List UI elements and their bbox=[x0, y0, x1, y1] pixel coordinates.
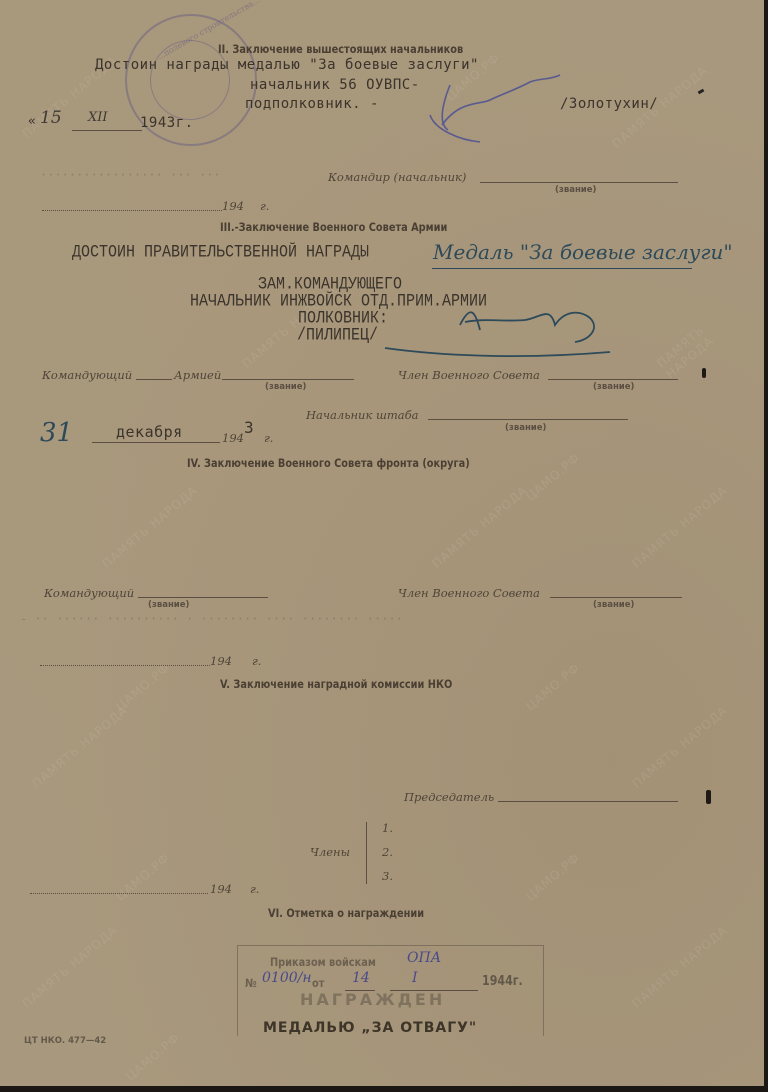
blank-date-line bbox=[30, 893, 208, 894]
stamp-award-text: МЕДАЛЬЮ „ЗА ОТВАГУ" bbox=[263, 1020, 477, 1036]
watermark: ПАМЯТЬ НАРОДА bbox=[630, 923, 731, 1011]
signature-section-3 bbox=[375, 300, 635, 370]
council-member-line bbox=[548, 379, 678, 380]
members-label: Члены bbox=[310, 845, 350, 859]
section-3-signer-name: /ПИЛИПЕЦ/ bbox=[297, 326, 378, 346]
chief-of-staff-line bbox=[428, 419, 628, 420]
commander-line bbox=[136, 379, 172, 380]
section-2-date-quote-open: « bbox=[28, 114, 36, 129]
section-3-typed-award-prefix: ДОСТОИН ПРАВИТЕЛЬСТВЕННОЙ НАГРАДЫ bbox=[72, 243, 369, 263]
section-3-handwritten-award: Медаль "За боевые заслуги" bbox=[433, 240, 733, 264]
form-code: ЦТ НКО. 477—42 bbox=[24, 1036, 106, 1046]
rank-caption: (звание) bbox=[555, 185, 596, 195]
faded-bleedthrough-text: ················· ··· ··· bbox=[40, 168, 221, 182]
watermark: ПАМЯТЬ НАРОДА bbox=[30, 703, 131, 791]
blank-date-suffix: г. bbox=[260, 199, 269, 213]
watermark: ПАМЯТЬ НАРОДА bbox=[630, 703, 731, 791]
stamp-number-prefix: № bbox=[245, 976, 257, 990]
section-5-title: V. Заключение наградной комиссии НКО bbox=[220, 677, 452, 691]
rank-caption: (звание) bbox=[593, 382, 634, 392]
member-number: 3. bbox=[382, 869, 393, 883]
section-4-title: IV. Заключение Военного Совета фронта (о… bbox=[187, 456, 470, 470]
rank-caption: (звание) bbox=[148, 600, 189, 610]
section-3-date-year-prefix: 194 bbox=[222, 431, 244, 445]
stamp-awarded: НАГРАЖДЕН bbox=[300, 990, 445, 1009]
rank-caption: (звание) bbox=[265, 382, 306, 392]
council-member-line bbox=[550, 597, 682, 598]
watermark: ПАМЯТЬ НАРОДА bbox=[630, 483, 731, 571]
commander-label: Командующий bbox=[42, 368, 132, 382]
section-2-date-month: XII bbox=[88, 110, 108, 125]
blank-date-line bbox=[40, 665, 210, 666]
watermark: ЦАМО.РФ bbox=[523, 851, 582, 904]
stamp-year: 1944г. bbox=[482, 974, 523, 989]
watermark: ПАМЯТЬ НАРОДА bbox=[430, 483, 531, 571]
chairman-label: Председатель bbox=[404, 790, 494, 804]
stamp-order-org: ОПА bbox=[407, 950, 441, 966]
faded-bleedthrough-text: - ·· ······ ·········· · ········ ···· ·… bbox=[20, 612, 403, 626]
rank-caption: (звание) bbox=[505, 423, 546, 433]
blank-date-suffix: г. bbox=[252, 654, 261, 668]
section-2-title: II. Заключение вышестоящих начальников bbox=[218, 42, 463, 56]
watermark: ЦАМО.РФ bbox=[523, 451, 582, 504]
section-2-typed-position: начальник 56 ОУВПС- bbox=[250, 77, 420, 93]
section-3-title: III.-Заключение Военного Совета Армии bbox=[220, 220, 447, 234]
member-number: 2. bbox=[382, 845, 393, 859]
members-bracket bbox=[366, 822, 367, 884]
watermark: ЦАМО.РФ bbox=[123, 1031, 182, 1084]
council-member-label: Член Военного Совета bbox=[398, 368, 540, 382]
blank-date-year: 194 bbox=[210, 654, 232, 668]
commander-rank-line bbox=[138, 597, 268, 598]
section-2-date-year: 1943г. bbox=[140, 115, 194, 131]
stamp-day: 14 bbox=[352, 970, 370, 986]
blank-date-suffix: г. bbox=[250, 882, 259, 896]
date-underline bbox=[72, 130, 142, 131]
watermark: ЦАМО.РФ bbox=[113, 851, 172, 904]
chief-of-staff-label: Начальник штаба bbox=[306, 408, 419, 422]
rank-caption: (звание) bbox=[593, 600, 634, 610]
handwritten-award-underline bbox=[432, 268, 692, 269]
watermark: ПАМЯТЬ НАРОДА bbox=[100, 483, 201, 571]
section-2-date-day: 15 bbox=[40, 108, 62, 128]
section-3-date-month: декабря bbox=[116, 423, 183, 441]
stamp-from: от bbox=[312, 976, 324, 990]
section-6-title: VI. Отметка о награждении bbox=[268, 906, 424, 920]
commander-label: Командующий bbox=[44, 586, 134, 600]
signature-section-2 bbox=[420, 70, 590, 150]
ink-mark bbox=[698, 89, 705, 95]
section-3-date-suffix: г. bbox=[264, 431, 273, 445]
watermark: ПАМЯТЬ НАРОДА bbox=[20, 923, 121, 1011]
stamp-month: I bbox=[412, 970, 418, 986]
chairman-line bbox=[498, 801, 678, 802]
date-line bbox=[92, 442, 220, 443]
stamp-order-number: 0100/н bbox=[262, 970, 312, 986]
section-3-date-year-digit: 3 bbox=[244, 418, 254, 437]
punch-hole-mark bbox=[702, 368, 706, 378]
blank-date-year: 194 bbox=[210, 882, 232, 896]
section-2-typed-rank: подполковник. - bbox=[245, 96, 379, 112]
army-label: Армией bbox=[174, 368, 221, 382]
council-member-label: Член Военного Совета bbox=[398, 586, 540, 600]
member-number: 1. bbox=[382, 821, 393, 835]
army-rank-line bbox=[222, 379, 354, 380]
award-sheet-page: ПАМЯТЬ НАРОДА ЦАМО.РФ ПАМЯТЬ НАРОДА ПАМЯ… bbox=[0, 0, 764, 1086]
blank-date-year: 194 bbox=[222, 199, 244, 213]
stamp-order-label: Приказом войскам bbox=[270, 955, 376, 969]
section-3-date-day: 31 bbox=[40, 418, 73, 448]
punch-hole-mark bbox=[706, 790, 711, 804]
commander-label: Командир (начальник) bbox=[328, 170, 466, 184]
blank-date-line bbox=[42, 210, 222, 211]
watermark: ЦАМО.РФ bbox=[523, 661, 582, 714]
commander-rank-line bbox=[480, 182, 678, 183]
watermark: ПАМЯТЬ НАРОДА bbox=[654, 287, 759, 382]
